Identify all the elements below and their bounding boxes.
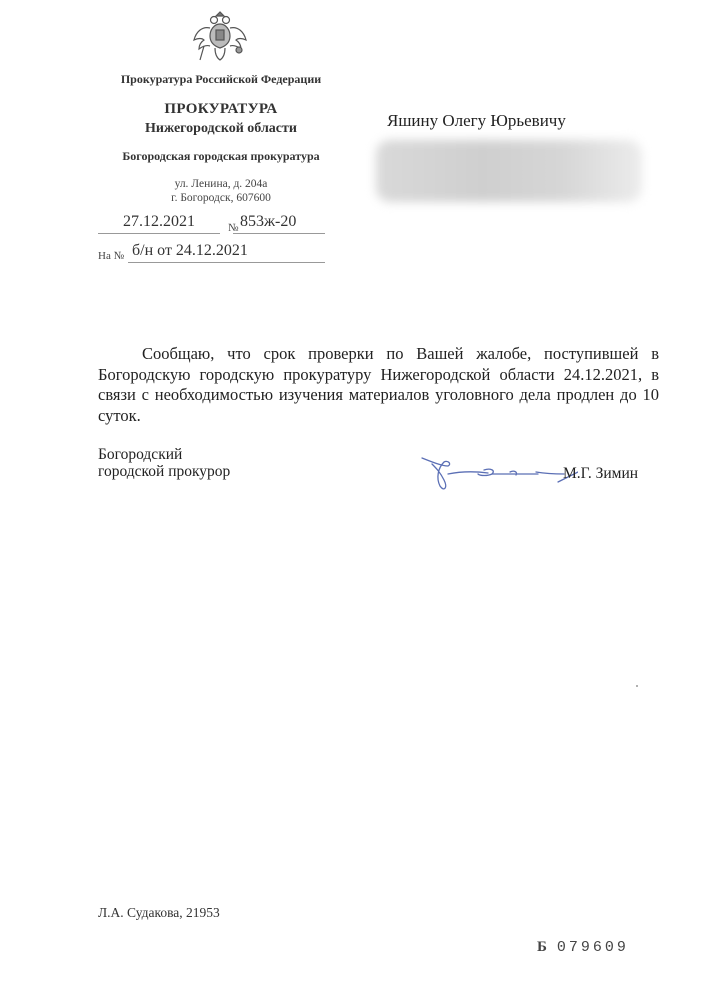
scan-speck bbox=[636, 685, 638, 687]
address-street: ул. Ленина, д. 204а bbox=[96, 178, 346, 190]
coat-of-arms-emblem-icon bbox=[190, 6, 250, 66]
letter-body: Сообщаю, что срок проверки по Вашей жало… bbox=[98, 344, 659, 426]
letterhead-title: ПРОКУРАТУРА bbox=[96, 101, 346, 118]
redacted-recipient-address bbox=[376, 140, 642, 202]
number-underline bbox=[233, 233, 325, 234]
form-number: 079609 bbox=[557, 939, 629, 956]
handwritten-signature-icon bbox=[418, 452, 578, 494]
signer-position: Богородский городской прокурор bbox=[98, 446, 230, 480]
outgoing-date: 27.12.2021 bbox=[123, 213, 195, 231]
body-paragraph: Сообщаю, что срок проверки по Вашей жало… bbox=[98, 344, 659, 426]
executor-info: Л.А. Судакова, 21953 bbox=[98, 905, 220, 921]
address-city: г. Богородск, 607600 bbox=[96, 192, 346, 204]
reference-label: На № bbox=[98, 250, 124, 262]
form-serial: Б079609 bbox=[537, 939, 629, 956]
reference-underline bbox=[128, 262, 325, 263]
date-underline bbox=[98, 233, 220, 234]
organization-name: Прокуратура Российской Федерации bbox=[96, 72, 346, 87]
recipient-name: Яшину Олегу Юрьевичу bbox=[387, 111, 566, 131]
form-series: Б bbox=[537, 939, 547, 955]
signer-position-line2: городской прокурор bbox=[98, 463, 230, 480]
signer-name: М.Г. Зимин bbox=[563, 465, 638, 483]
letterhead-department: Богородская городская прокуратура bbox=[96, 149, 346, 164]
signer-position-line1: Богородский bbox=[98, 446, 230, 463]
outgoing-number: 853ж-20 bbox=[240, 213, 296, 231]
reference-value: б/н от 24.12.2021 bbox=[132, 242, 248, 260]
letterhead-region: Нижегородской области bbox=[96, 121, 346, 137]
